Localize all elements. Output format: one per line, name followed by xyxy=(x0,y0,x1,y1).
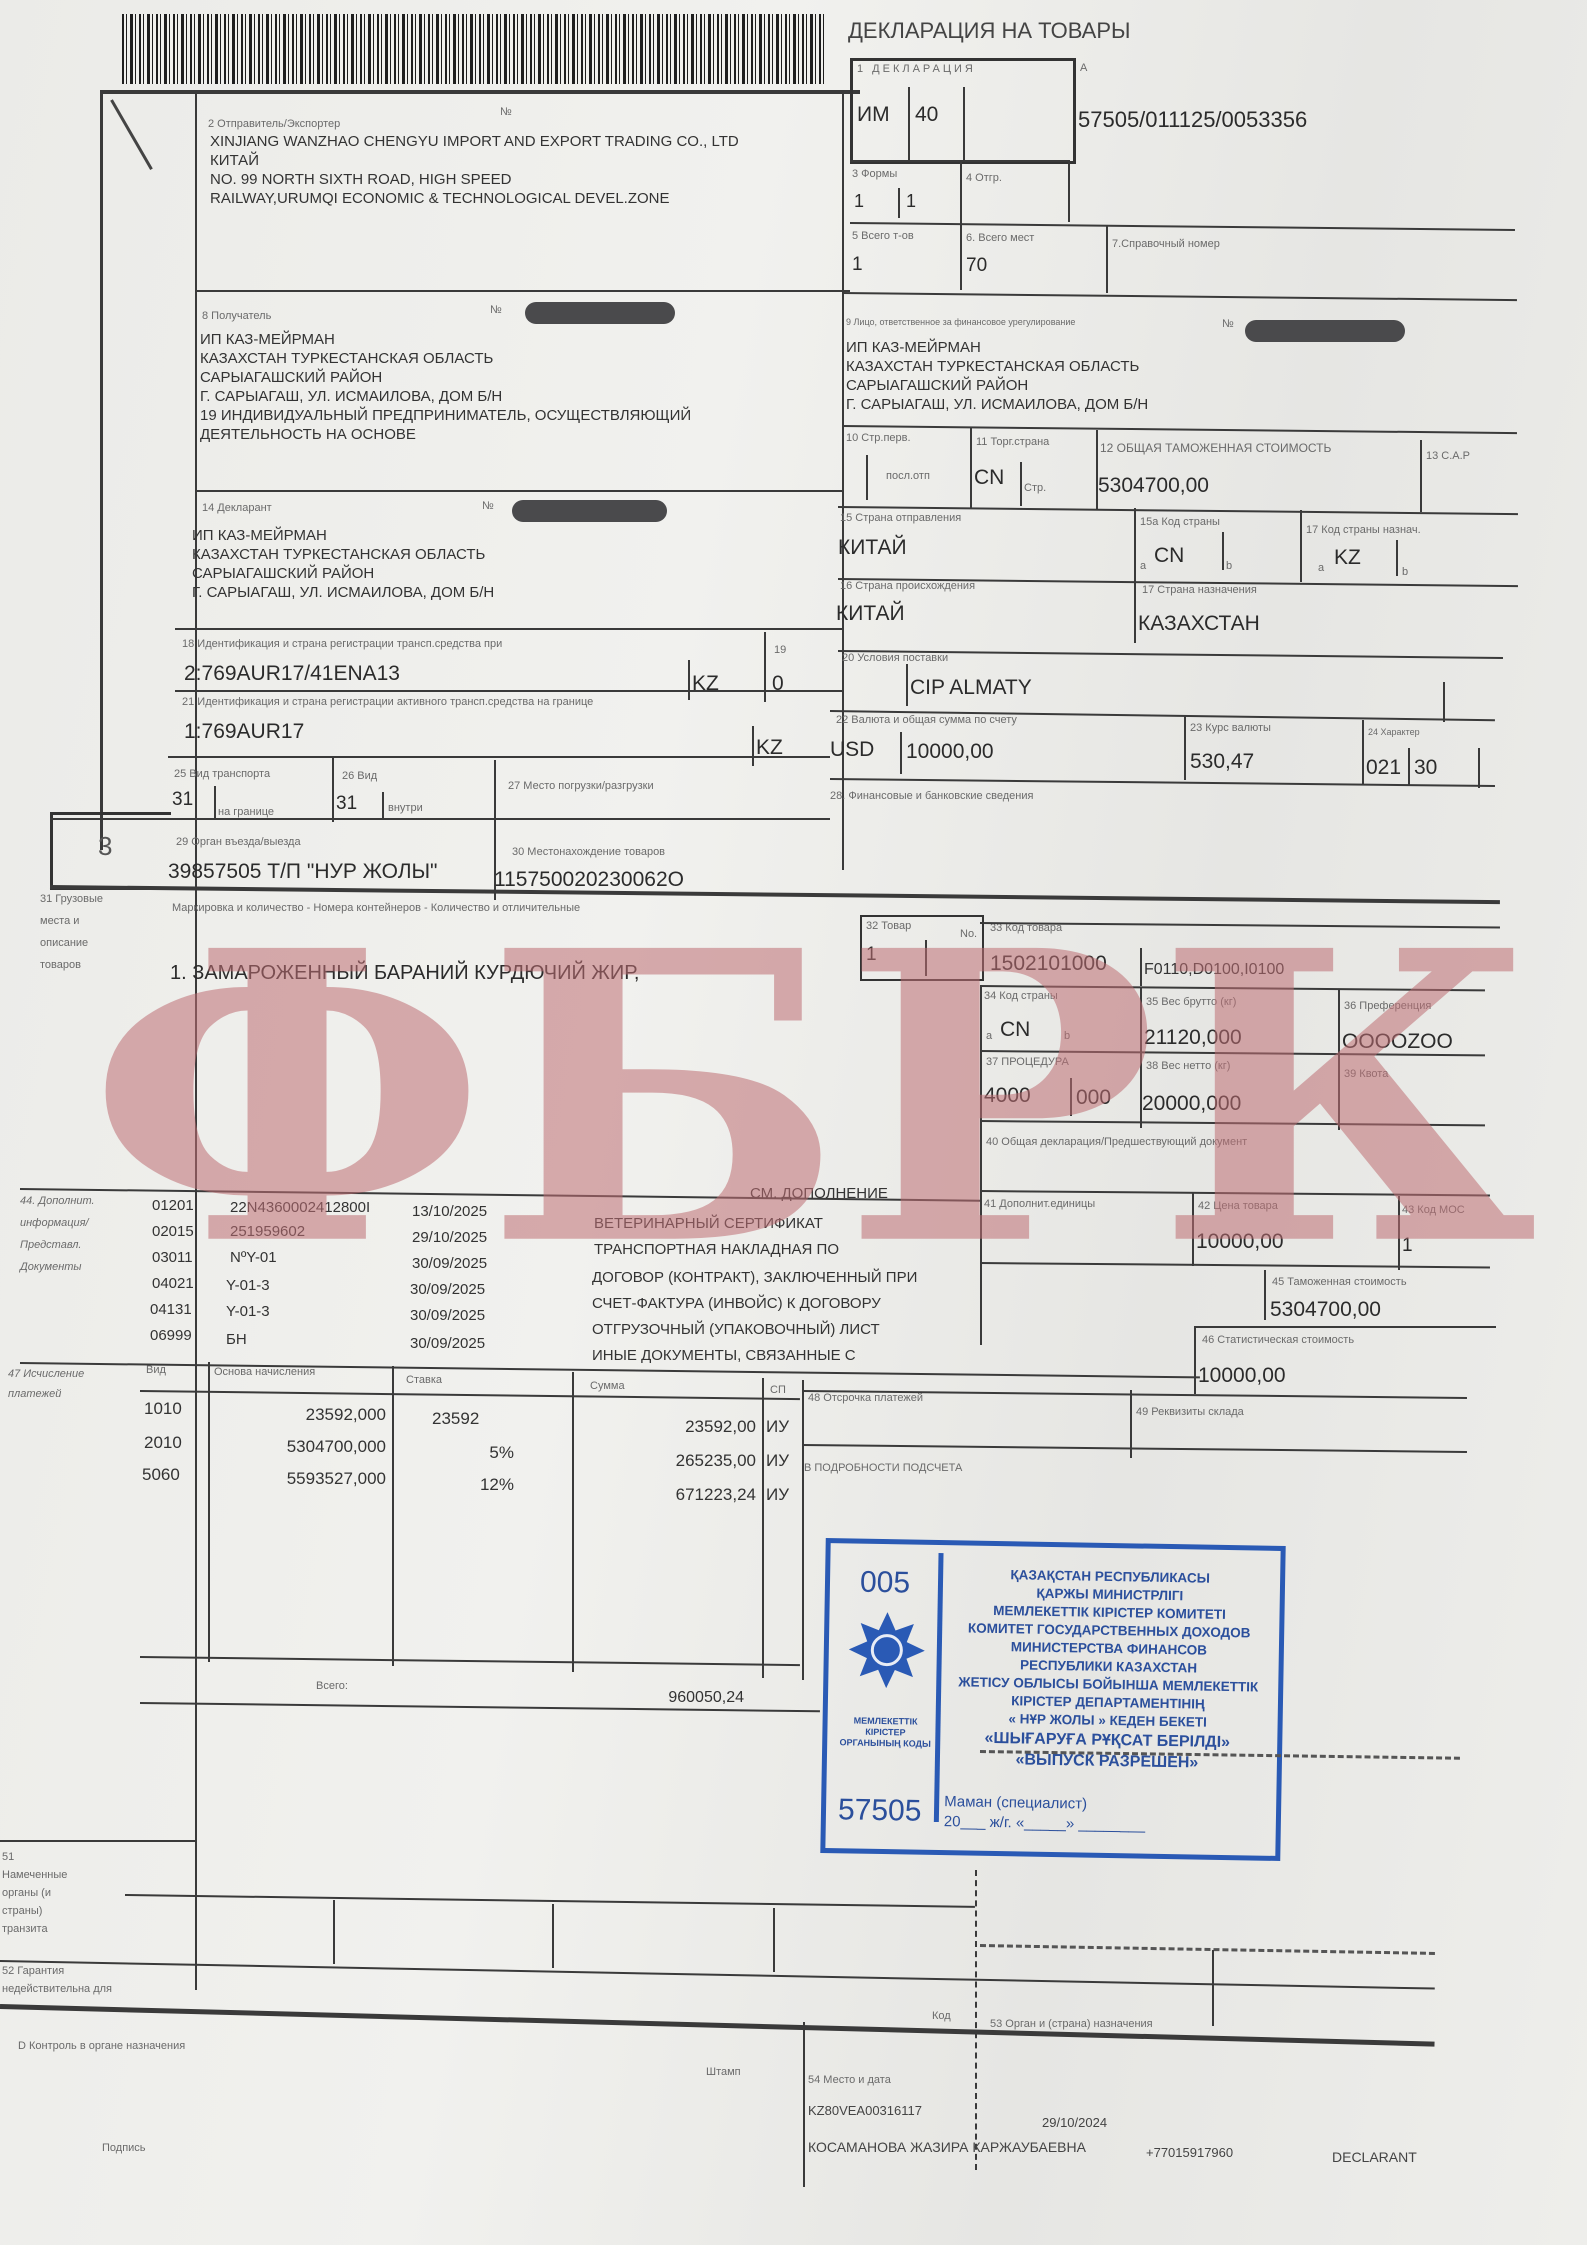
doc-desc-4: СЧЕТ-ФАКТУРА (ИНВОЙС) К ДОГОВОРУ xyxy=(592,1294,881,1314)
box17a-label: 17 Код страны назнач. xyxy=(1306,524,1421,536)
divider xyxy=(925,940,927,976)
box2-label: 2 Отправитель/Экспортер xyxy=(208,118,340,130)
boxA-label: A xyxy=(1080,62,1087,74)
box10-label: 10 Стр.перв. xyxy=(846,432,911,444)
divider xyxy=(850,222,1515,231)
box49-label: 49 Реквизиты склада xyxy=(1136,1406,1244,1418)
divider xyxy=(1398,1196,1400,1270)
forms-value-1: 1 xyxy=(854,192,864,212)
doc-code-4: 04021 xyxy=(152,1274,194,1294)
box37-label: 37 ПРОЦЕДУРА xyxy=(986,1056,1069,1068)
doc-number-4: Y-01-3 xyxy=(226,1276,270,1296)
stamp-code-label: МЕМЛЕКЕТТІК КІРІСТЕР ОРГАНЫНЫҢ КОДЫ xyxy=(837,1715,934,1750)
divider xyxy=(333,1900,335,1964)
divider xyxy=(866,455,868,500)
payment-header-rate: Ставка xyxy=(406,1374,442,1386)
exporter-line-2: КИТАЙ xyxy=(210,151,259,171)
divider xyxy=(332,758,334,822)
registration-number: 57505/011125/0053356 xyxy=(1078,108,1307,132)
box34-b: b xyxy=(1064,1030,1070,1042)
box12-label: 12 ОБЩАЯ ТАМОЖЕННАЯ СТОИМОСТЬ xyxy=(1100,442,1331,455)
consignee-line-2: КАЗАХСТАН ТУРКЕСТАНСКАЯ ОБЛАСТЬ xyxy=(200,349,493,369)
divider xyxy=(963,87,965,161)
box39-label: 39 Квота xyxy=(1344,1068,1388,1080)
divider xyxy=(773,1908,775,1972)
payment-header-type: Вид xyxy=(146,1364,166,1376)
procedure-value-1: 4000 xyxy=(984,1084,1031,1107)
doc-date-4: 30/09/2025 xyxy=(410,1280,485,1300)
active-transport-id-value: 1:769AUR17 xyxy=(184,720,304,743)
box17a-b: b xyxy=(1402,566,1408,578)
payment-sum-1: 23592,00 xyxy=(580,1416,756,1438)
item-price-value: 10000,00 xyxy=(1196,1230,1284,1253)
doc-desc-3: ДОГОВОР (КОНТРАКТ), ЗАКЛЮЧЕННЫЙ ПРИ xyxy=(592,1268,917,1288)
divider xyxy=(1184,716,1186,780)
box14-no-label: № xyxy=(482,500,494,512)
doc-date-6: 30/09/2025 xyxy=(410,1334,485,1354)
box18-label: 18 Идентификация и страна регистрации тр… xyxy=(182,638,502,650)
transport-id-value: 2:769AUR17/41ENA13 xyxy=(184,662,400,685)
box31-header: Маркировка и количество - Номера контейн… xyxy=(172,902,580,914)
box15-label: 15 Страна отправления xyxy=(840,512,961,524)
box22-label: 22 Валюта и общая сумма по счету xyxy=(836,714,1017,726)
declarant-phone: +77015917960 xyxy=(1146,2146,1233,2160)
box15a-label: 15а Код страны xyxy=(1140,516,1220,528)
divider xyxy=(970,428,972,508)
boxD-signature-label: Подпись xyxy=(102,2142,146,2154)
origin-country-value: КИТАЙ xyxy=(836,602,905,625)
destination-country-code: KZ xyxy=(1334,546,1361,569)
divider xyxy=(1443,682,1445,722)
procedure-value-2: 000 xyxy=(1076,1086,1111,1109)
box53-label: 53 Орган и (страна) назначения xyxy=(990,2018,1153,2030)
divider xyxy=(214,786,216,818)
divider xyxy=(906,664,908,706)
declarant-line-3: САРЫАГАШСКИЙ РАЙОН xyxy=(192,564,374,584)
boxB-label: B ПОДРОБНОСТИ ПОДСЧЕТА xyxy=(804,1462,962,1474)
divider xyxy=(980,1190,1490,1196)
divider xyxy=(1396,540,1398,576)
transaction-nature-1: 021 xyxy=(1366,756,1401,779)
box19-label: 19 xyxy=(774,644,786,656)
box7-label: 7.Справочный номер xyxy=(1112,238,1220,250)
divider xyxy=(802,1380,804,1680)
stamp-specialist-label: Маман (специалист) xyxy=(944,1793,1087,1812)
divider xyxy=(1020,462,1022,506)
divider xyxy=(0,1960,1435,1990)
declarant-line-1: ИП КАЗ-МЕЙРМАН xyxy=(192,526,327,546)
divider xyxy=(1212,1950,1214,2026)
payment-base-2: 5304700,000 xyxy=(214,1436,386,1458)
box30-label: 30 Местонахождение товаров xyxy=(512,846,665,858)
divider xyxy=(1134,508,1136,643)
payment-rate-3: 12% xyxy=(430,1474,514,1496)
box43-label: 43 Код МОС xyxy=(1402,1204,1465,1216)
consignee-line-3: САРЫАГАШСКИЙ РАЙОН xyxy=(200,368,382,388)
consignee-line-6: ДЕЯТЕЛЬНОСТЬ НА ОСНОВЕ xyxy=(200,425,416,445)
doc-desc-2: ТРАНСПОРТНАЯ НАКЛАДНАЯ ПО xyxy=(594,1240,839,1260)
box1-label: 1 ДЕКЛАРАЦИЯ xyxy=(857,63,976,75)
declarant-doc-number: KZ80VEA00316117 xyxy=(808,2104,922,2118)
divider xyxy=(175,628,842,630)
divider xyxy=(688,660,690,700)
box5-label: 5 Всего т-ов xyxy=(852,230,914,242)
customs-release-stamp: 005 МЕМЛЕКЕТТІК КІРІСТЕР ОРГАНЫНЫҢ КОДЫ … xyxy=(820,1538,1285,1861)
transport-mode-border-value: 31 xyxy=(172,790,193,811)
box2-no-label: № xyxy=(500,106,512,118)
commodity-code-extra: F0110,D0100,I0100 xyxy=(1144,960,1284,981)
dashed-divider xyxy=(980,1944,1435,1955)
doc-code-6: 06999 xyxy=(150,1326,192,1346)
box35-label: 35 Вес брутто (кг) xyxy=(1146,996,1236,1008)
divider xyxy=(1222,532,1224,570)
box28-label: 28. Финансовые и банковские сведения xyxy=(830,790,1033,802)
box17a-a: a xyxy=(1318,562,1324,574)
divider xyxy=(980,985,982,1345)
item-number-value: 1 xyxy=(866,945,877,966)
divider xyxy=(1106,225,1108,293)
exporter-line-1: XINJIANG WANZHAO CHENGYU IMPORT AND EXPO… xyxy=(210,132,739,152)
divider xyxy=(975,1870,977,2170)
divider xyxy=(1194,1326,1196,1394)
box40-label: 40 Общая декларация/Предшествующий докум… xyxy=(986,1136,1247,1148)
box10-sublabel: посл.отп xyxy=(886,470,930,482)
divider xyxy=(140,1390,800,1400)
divider xyxy=(1408,748,1410,786)
divider xyxy=(1140,948,1142,986)
divider xyxy=(900,732,902,774)
divider xyxy=(175,690,842,692)
divider xyxy=(1068,160,1070,222)
currency-value: USD xyxy=(830,738,874,761)
document-title: ДЕКЛАРАЦИЯ НА ТОВАРЫ xyxy=(848,18,1130,44)
box26-label: 26 Вид xyxy=(342,770,377,782)
box1-declaration: 1 ДЕКЛАРАЦИЯ ИМ 40 xyxy=(850,58,1076,164)
divider xyxy=(552,1904,554,1968)
declarant-name: КОСАМАНОВА ЖАЗИРА КАРЖАУБАЕВНА xyxy=(808,2140,1086,2155)
customs-declaration-page: ДЕКЛАРАЦИЯ НА ТОВАРЫ 1 ДЕКЛАРАЦИЯ ИМ 40 … xyxy=(0,0,1587,2245)
trading-country-value: CN xyxy=(974,466,1004,489)
exchange-rate-value: 530,47 xyxy=(1190,750,1254,773)
barcode xyxy=(122,14,824,84)
box34-label: 34 Код страны xyxy=(984,990,1058,1002)
payment-sum-3: 671223,24 xyxy=(580,1484,756,1506)
goods-description: 1. ЗАМАРОЖЕННЫЙ БАРАНИЙ КУРДЮЧИЙ ЖИР, xyxy=(170,962,639,984)
box16-label: 16 Страна происхождения xyxy=(840,580,975,592)
doc-number-5: Y-01-3 xyxy=(226,1302,270,1322)
box32-no-label: No. xyxy=(960,928,977,940)
payment-header-sp: СП xyxy=(770,1384,786,1396)
doc-code-2: 02015 xyxy=(152,1222,194,1242)
frame-line xyxy=(100,90,103,850)
divider xyxy=(1192,1192,1194,1266)
boxD-label: D Контроль в органе назначения xyxy=(18,2040,185,2052)
doc-desc-6: ИНЫЕ ДОКУМЕНТЫ, СВЯЗАННЫЕ С xyxy=(592,1346,856,1366)
payment-type-2: 2010 xyxy=(144,1432,182,1454)
box25-sublabel: на границе xyxy=(218,806,274,818)
divider xyxy=(842,425,1517,434)
box54-label: 54 Место и дата xyxy=(808,2074,891,2086)
side-number: 3 xyxy=(98,832,112,861)
box38-label: 38 Вес нетто (кг) xyxy=(1146,1060,1230,1072)
box9-label: 9 Лицо, ответственное за финансовое урег… xyxy=(846,318,1075,328)
declarant-line-2: КАЗАХСТАН ТУРКЕСТАНСКАЯ ОБЛАСТЬ xyxy=(192,545,485,565)
box42-label: 42 Цена товара xyxy=(1198,1200,1278,1212)
box29-label: 29 Орган въезда/выезда xyxy=(176,836,301,848)
box11-sublabel: Стр. xyxy=(1024,482,1046,494)
divider xyxy=(140,1656,800,1666)
doc-date-5: 30/09/2025 xyxy=(410,1306,485,1326)
divider xyxy=(1196,1326,1496,1328)
box13-label: 13 С.А.Р xyxy=(1426,450,1470,462)
declaration-type-1: ИМ xyxy=(857,103,890,126)
forms-value-2: 1 xyxy=(906,192,916,212)
box31-label: 31 Грузовые места и описание товаров xyxy=(40,888,130,976)
payment-type-1: 1010 xyxy=(144,1398,182,1420)
doc-number-1: 22N4360002412800I xyxy=(230,1198,370,1218)
box8-no-label: № xyxy=(490,304,502,316)
divider xyxy=(392,1366,394,1666)
redacted-declarant-id xyxy=(512,500,667,522)
customs-value: 5304700,00 xyxy=(1270,1298,1381,1321)
doc-number-3: NºY-01 xyxy=(230,1248,277,1268)
transport-mode-inland-value: 31 xyxy=(336,794,357,815)
payment-total-value: 960050,24 xyxy=(620,1688,744,1709)
transaction-nature-2: 30 xyxy=(1414,756,1437,779)
doc-date-1: 13/10/2025 xyxy=(412,1202,487,1222)
payment-rate-2: 5% xyxy=(430,1442,514,1464)
box51-label: 51 Намеченные органы (и страны) транзита xyxy=(2,1848,72,1938)
origin-country-code: CN xyxy=(1000,1018,1030,1041)
box17-label: 17 Страна назначения xyxy=(1142,584,1257,596)
consignee-line-5: 19 ИНДИВИДУАЛЬНЫЙ ПРЕДПРИНИМАТЕЛЬ, ОСУЩЕ… xyxy=(200,406,691,426)
doc-code-3: 03011 xyxy=(152,1248,193,1268)
divider xyxy=(168,756,830,758)
frame-line xyxy=(100,90,860,94)
financial-line-1: ИП КАЗ-МЕЙРМАН xyxy=(846,338,981,358)
divider xyxy=(762,1378,764,1678)
divider xyxy=(1338,990,1340,1130)
payment-header-sum: Сумма xyxy=(590,1380,625,1392)
payment-type-3: 5060 xyxy=(142,1464,180,1486)
divider xyxy=(1420,440,1422,512)
stamp-top-number: 005 xyxy=(860,1566,911,1601)
doc-desc-5: ОТГРУЗОЧНЫЙ (УПАКОВОЧНЫЙ) ЛИСТ xyxy=(592,1320,880,1340)
divider xyxy=(1478,748,1480,788)
gross-weight-value: 21120,000 xyxy=(1144,1026,1242,1049)
preference-value: OOOOZOO xyxy=(1342,1030,1453,1053)
divider xyxy=(195,290,850,292)
payment-base-3: 5593527,000 xyxy=(214,1468,386,1490)
divider xyxy=(1070,1078,1072,1116)
exporter-line-4: RAILWAY,URUMQI ECONOMIC & TECHNOLOGICAL … xyxy=(210,189,670,209)
doc-number-2: 251959602 xyxy=(230,1222,305,1242)
box36-label: 36 Преференция xyxy=(1344,1000,1431,1012)
box9-no-label: № xyxy=(1222,318,1234,330)
divider xyxy=(1300,510,1302,582)
divider xyxy=(842,292,1517,301)
customs-office-value: 39857505 Т/П "НУР ЖОЛЫ" xyxy=(168,860,438,883)
exporter-line-3: NO. 99 NORTH SIXTH ROAD, HIGH SPEED xyxy=(210,170,511,190)
divider xyxy=(752,726,754,766)
destination-country-value: КАЗАХСТАН xyxy=(1138,612,1260,635)
invoice-amount-value: 10000,00 xyxy=(906,740,994,763)
doc-desc-1: ВЕТЕРИНАРНЫЙ СЕРТИФИКАТ xyxy=(594,1214,823,1234)
doc-date-3: 30/09/2025 xyxy=(412,1254,487,1274)
boxD-stamp-label: Штамп xyxy=(706,2066,741,2078)
redacted-consignee-id xyxy=(525,302,675,324)
declaration-type-2: 40 xyxy=(915,103,938,126)
see-addendum: СМ. ДОПОЛНЕНИЕ xyxy=(750,1184,888,1204)
box6-label: 6. Всего мест xyxy=(966,232,1034,244)
declarant-role: DECLARANT xyxy=(1332,2150,1417,2165)
box8-label: 8 Получатель xyxy=(202,310,271,322)
doc-code-5: 04131 xyxy=(150,1300,192,1320)
total-items-value: 1 xyxy=(852,255,863,276)
box44-label: 44. Дополнит. информация/ Представл. Док… xyxy=(20,1190,140,1278)
divider xyxy=(830,778,1495,787)
frame-line xyxy=(195,90,197,1990)
payment-sp-2: ИУ xyxy=(766,1450,789,1472)
stamp-office-code: 57505 xyxy=(838,1793,922,1828)
payment-base-1: 23592,000 xyxy=(214,1404,386,1426)
divider xyxy=(125,1894,975,1908)
divider xyxy=(1362,720,1364,784)
divider xyxy=(572,1372,574,1672)
divider xyxy=(1264,1270,1266,1320)
dispatch-country-code: CN xyxy=(1154,544,1184,567)
divider xyxy=(195,490,842,492)
divider xyxy=(50,818,830,820)
payment-sp-3: ИУ xyxy=(766,1484,789,1506)
redacted-financial-id xyxy=(1245,320,1405,342)
box52-label: 52 Гарантия недействительна для xyxy=(2,1962,142,1998)
divider xyxy=(0,2004,1435,2047)
doc-code-1: 01201 xyxy=(152,1196,194,1216)
doc-date-2: 29/10/2025 xyxy=(412,1228,487,1248)
dispatch-country-value: КИТАЙ xyxy=(838,536,907,559)
payment-rate-1: 23592 xyxy=(432,1408,479,1430)
total-customs-value: 5304700,00 xyxy=(1098,474,1209,497)
box11-label: 11 Торг.страна xyxy=(976,436,1049,448)
financial-line-3: САРЫАГАШСКИЙ РАЙОН xyxy=(846,376,1028,396)
box23-label: 23 Курс валюты xyxy=(1190,722,1271,734)
corner-mark xyxy=(110,99,153,170)
box25-label: 25 Вид транспорта xyxy=(174,768,270,780)
box14-label: 14 Декларант xyxy=(202,502,272,514)
box24-label: 24 Характер xyxy=(1368,728,1420,738)
consignee-line-4: Г. САРЫАГАШ, УЛ. ИСМАИЛОВА, ДОМ Б/Н xyxy=(200,387,502,407)
box53-code-label: Код xyxy=(932,2010,951,2022)
payment-sp-1: ИУ xyxy=(766,1416,789,1438)
payment-header-base: Основа начисления xyxy=(214,1366,315,1378)
financial-line-4: Г. САРЫАГАШ, УЛ. ИСМАИЛОВА, ДОМ Б/Н xyxy=(846,395,1148,415)
divider xyxy=(1096,430,1098,510)
box45-label: 45 Таможенная стоимость xyxy=(1272,1276,1407,1288)
box41-label: 41 Дополнит.единицы xyxy=(984,1198,1095,1210)
doc-number-6: БН xyxy=(226,1330,247,1350)
box15a-b: b xyxy=(1226,560,1232,572)
box32-label: 32 Товар xyxy=(866,920,911,932)
valuation-method-value: 1 xyxy=(1402,1236,1413,1257)
divider xyxy=(382,792,384,820)
box27-label: 27 Место погрузки/разгрузки xyxy=(508,780,654,792)
declaration-date: 29/10/2024 xyxy=(1042,2116,1107,2130)
declarant-line-4: Г. САРЫАГАШ, УЛ. ИСМАИЛОВА, ДОМ Б/Н xyxy=(192,583,494,603)
payment-sum-2: 265235,00 xyxy=(580,1450,756,1472)
divider xyxy=(898,188,900,218)
goods-location-value: 115750020230062О xyxy=(494,868,684,891)
delivery-terms-value: CIP ALMATY xyxy=(910,676,1032,699)
divider xyxy=(0,1840,195,1842)
stamp-text: ҚАЗАҚСТАН РЕСПУБЛИКАСЫ ҚАРЖЫ МИНИСТРЛІГІ… xyxy=(945,1565,1273,1775)
divider xyxy=(208,1362,210,1662)
divider xyxy=(980,1262,1490,1268)
box4-label: 4 Отгр. xyxy=(966,172,1002,184)
box20-label: 20 Условия поставки xyxy=(842,652,948,664)
financial-line-2: КАЗАХСТАН ТУРКЕСТАНСКАЯ ОБЛАСТЬ xyxy=(846,357,1139,377)
net-weight-value: 20000,000 xyxy=(1142,1092,1241,1115)
commodity-code-value: 1502101000 xyxy=(990,952,1107,975)
consignee-line-1: ИП КАЗ-МЕЙРМАН xyxy=(200,330,335,350)
box34-a: a xyxy=(986,1030,992,1042)
box46-label: 46 Статистическая стоимость xyxy=(1202,1334,1354,1346)
divider xyxy=(803,2022,805,2187)
box26-sublabel: внутри xyxy=(388,802,423,814)
stamp-date-label: 20___ ж/г. «_____» ________ xyxy=(944,1813,1146,1834)
payment-total-label: Всего: xyxy=(316,1680,348,1692)
divider xyxy=(802,1444,1467,1453)
divider xyxy=(980,1120,1485,1126)
box21-label: 21 Идентификация и страна регистрации ак… xyxy=(182,696,593,708)
box15a-a: a xyxy=(1140,560,1146,572)
box3-label: 3 Формы xyxy=(852,168,897,180)
box48-label: 48 Отсрочка платежей xyxy=(808,1392,923,1404)
box47-label: 47 Исчисление платежей xyxy=(8,1364,98,1404)
divider xyxy=(908,87,910,161)
total-packages-value: 70 xyxy=(966,256,987,277)
statistical-value: 10000,00 xyxy=(1198,1364,1286,1387)
